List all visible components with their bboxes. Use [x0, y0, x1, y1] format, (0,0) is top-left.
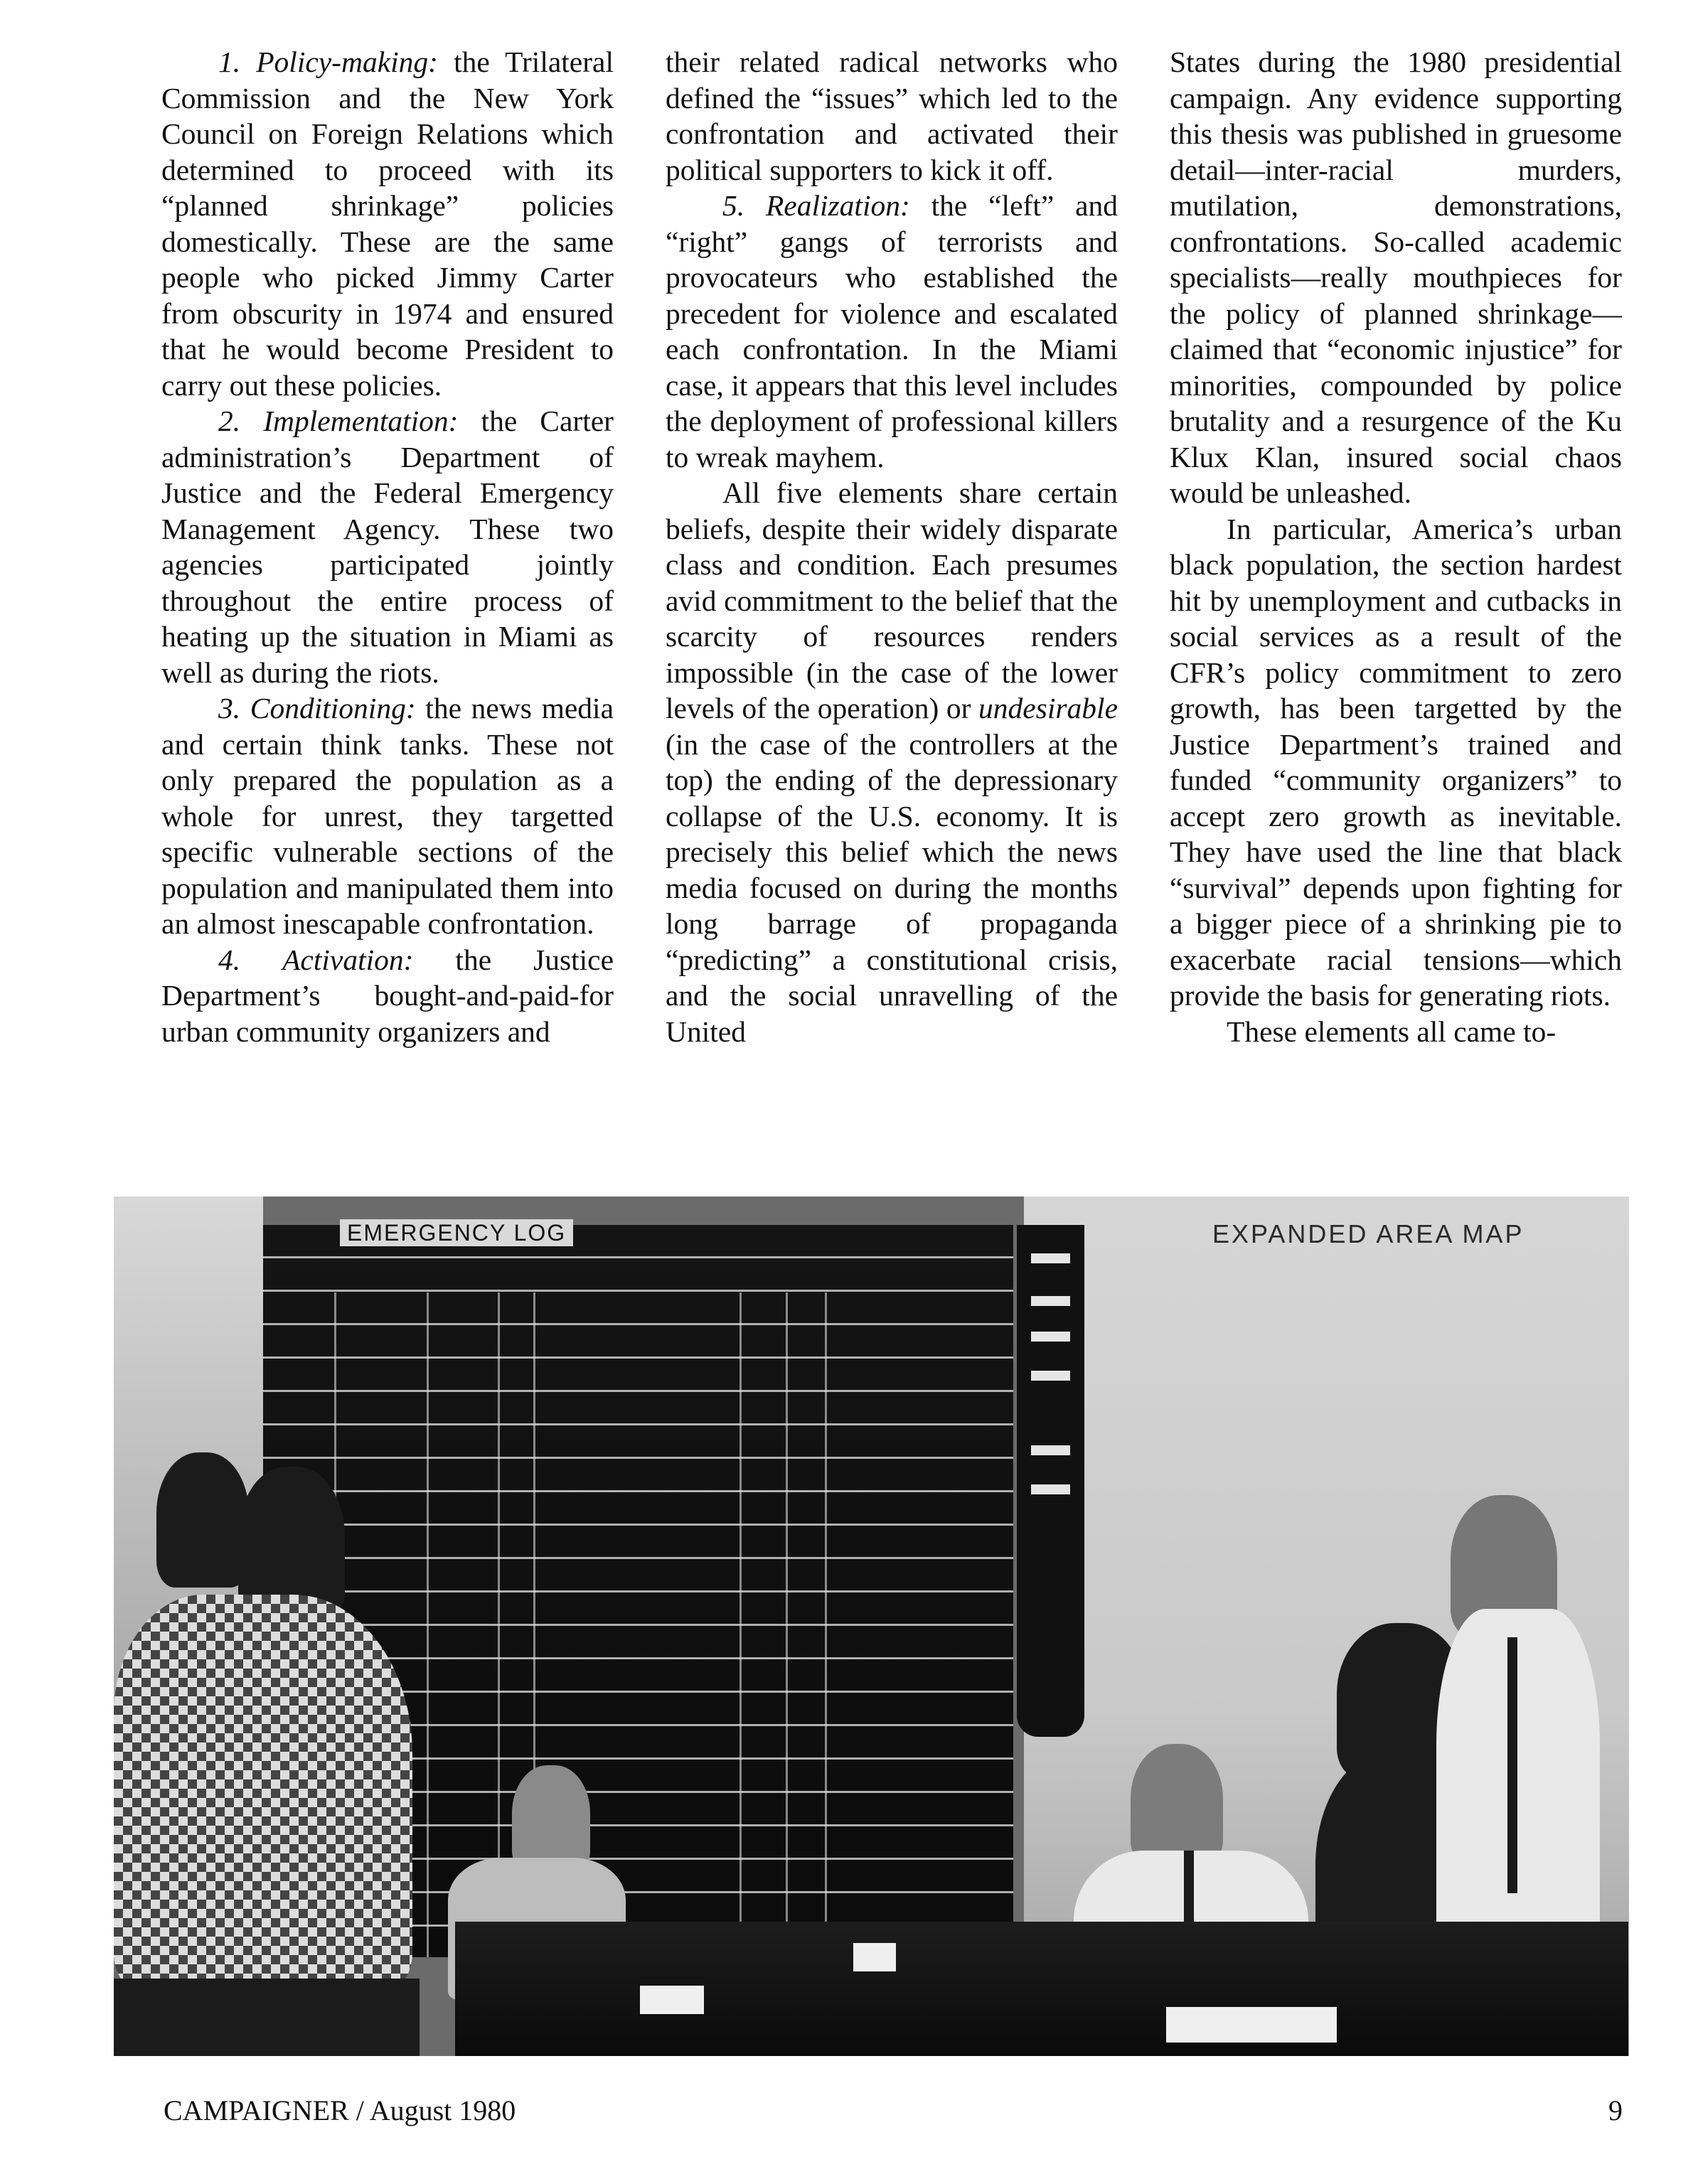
strip-marker	[1031, 1371, 1070, 1381]
board-gridline	[427, 1292, 429, 1957]
paragraph-text-after: (in the case of the controllers at the t…	[666, 728, 1118, 1048]
paragraph-text: the Trilateral Commission and the New Yo…	[161, 45, 614, 402]
emergency-log-sign: EMERGENCY LOG	[340, 1219, 573, 1246]
item-number: 4.	[218, 943, 240, 976]
person-seated-smoking	[512, 1765, 590, 1872]
publication-footer: CAMPAIGNER / August 1980	[164, 2094, 516, 2128]
item-term: Implementation:	[263, 405, 458, 437]
item-term: Activation:	[282, 943, 413, 976]
status-strip	[1017, 1225, 1084, 1737]
paragraph-continued: States during the 1980 presidential camp…	[1170, 44, 1622, 511]
strip-marker	[1031, 1253, 1070, 1263]
paragraph-text: the “left” and “right” gangs of terroris…	[666, 189, 1118, 473]
strip-marker	[1031, 1484, 1070, 1494]
emergency-operations-photo: EMERGENCY LOG EXPANDED AREA MAP	[114, 1197, 1629, 2056]
patterned-shirt	[114, 1595, 412, 1993]
item-term: Policy-making:	[256, 45, 438, 78]
item-number: 2.	[218, 405, 240, 437]
desk-paper	[1166, 2007, 1337, 2043]
person-lower-left	[114, 1979, 420, 2056]
article-columns: 1. Policy-making: the Trilateral Commiss…	[161, 44, 1623, 1182]
desk-paper	[853, 1943, 896, 1971]
paragraph-conditioning: 3. Conditioning: the news media and cert…	[161, 690, 614, 942]
paragraph-five-elements: All five elements share certain beliefs,…	[666, 475, 1118, 1049]
paragraph-activation: 4. Activation: the Justice Department’s …	[161, 942, 614, 1050]
expanded-area-map-sign: EXPANDED AREA MAP	[1212, 1219, 1524, 1249]
paragraph-text: the news media and certain think tanks. …	[161, 692, 614, 940]
desk-paper	[640, 1986, 704, 2014]
desk	[455, 1922, 1628, 2056]
board-gridline	[825, 1292, 827, 1957]
item-term: Realization:	[766, 189, 910, 222]
strip-marker	[1031, 1296, 1070, 1306]
paragraph-text: In particular, America’s urban black pop…	[1170, 513, 1622, 1012]
paragraph-text: All five elements share certain beliefs,…	[666, 476, 1118, 724]
item-number: 3.	[218, 692, 240, 724]
item-term: Conditioning:	[250, 692, 416, 724]
board-gridline	[786, 1292, 788, 1957]
paragraph-realization: 5. Realization: the “left” and “right” g…	[666, 188, 1118, 475]
paragraph-urban-black-population: In particular, America’s urban black pop…	[1170, 511, 1622, 1014]
paragraph-text: These elements all came to-	[1227, 1015, 1556, 1048]
paragraph-elements-came-together: These elements all came to-	[1170, 1014, 1622, 1050]
column-3: States during the 1980 presidential camp…	[1170, 44, 1622, 1182]
paragraph-text: their related radical networks who defin…	[666, 45, 1118, 186]
strip-marker	[1031, 1445, 1070, 1455]
paragraph-implementation: 2. Implementation: the Carter administra…	[161, 403, 614, 690]
item-number: 5.	[722, 189, 744, 222]
emphasis-undesirable: undesirable	[978, 692, 1118, 724]
paragraph-text: the Carter administration’s Department o…	[161, 405, 614, 689]
column-2: their related radical networks who defin…	[666, 44, 1118, 1182]
standing-man-tie	[1507, 1637, 1517, 1893]
paragraph-text: States during the 1980 presidential camp…	[1170, 45, 1622, 509]
paragraph-policy-making: 1. Policy-making: the Trilateral Commiss…	[161, 44, 614, 403]
column-1: 1. Policy-making: the Trilateral Commiss…	[161, 44, 614, 1182]
item-number: 1.	[218, 45, 240, 78]
strip-marker	[1031, 1332, 1070, 1342]
paragraph-continued: their related radical networks who defin…	[666, 44, 1118, 188]
page-number: 9	[1608, 2094, 1623, 2128]
board-gridline	[739, 1292, 742, 1957]
person-bald-man	[1131, 1744, 1223, 1865]
person-head-left	[156, 1452, 249, 1588]
